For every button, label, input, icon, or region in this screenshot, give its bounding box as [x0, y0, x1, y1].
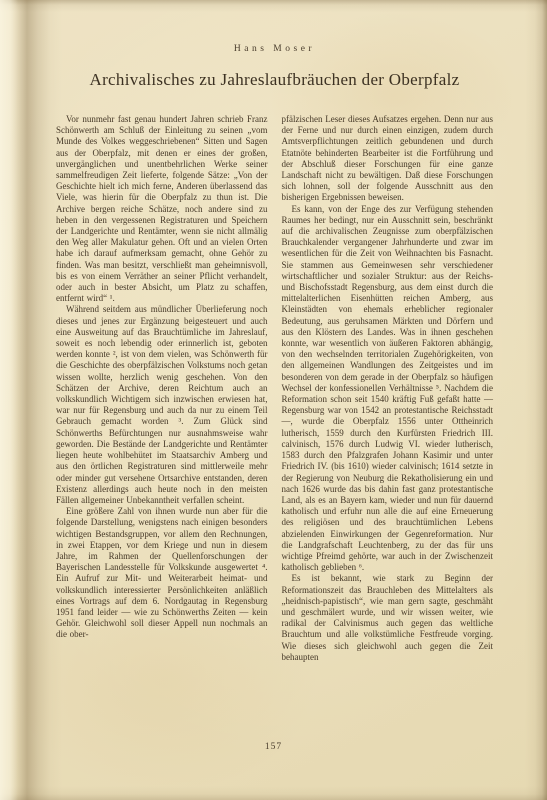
paragraph: Vor nunmehr fast genau hundert Jahren sc… [56, 114, 268, 304]
paragraph: Es kann, von der Enge des zur Verfügung … [282, 204, 494, 574]
author-name: Hans Moser [56, 44, 493, 54]
page-number: 157 [0, 742, 547, 752]
left-column: Vor nunmehr fast genau hundert Jahren sc… [56, 114, 268, 663]
page-title: Archivalisches zu Jahreslaufbräuchen der… [56, 70, 493, 90]
right-column: pfälzischen Leser dieses Aufsatzes ergeh… [282, 114, 494, 663]
paragraph: Eine größere Zahl von ihnen wurde nun ab… [56, 506, 268, 640]
page-content: Hans Moser Archivalisches zu Jahreslaufb… [56, 0, 493, 663]
scanned-book-page: Hans Moser Archivalisches zu Jahreslaufb… [0, 0, 547, 800]
paragraph: Während seitdem aus mündlicher Überliefe… [56, 304, 268, 506]
text-columns: Vor nunmehr fast genau hundert Jahren sc… [56, 114, 493, 663]
paragraph: pfälzischen Leser dieses Aufsatzes ergeh… [282, 114, 494, 204]
paragraph: Es ist bekannt, wie stark zu Beginn der … [282, 573, 494, 663]
